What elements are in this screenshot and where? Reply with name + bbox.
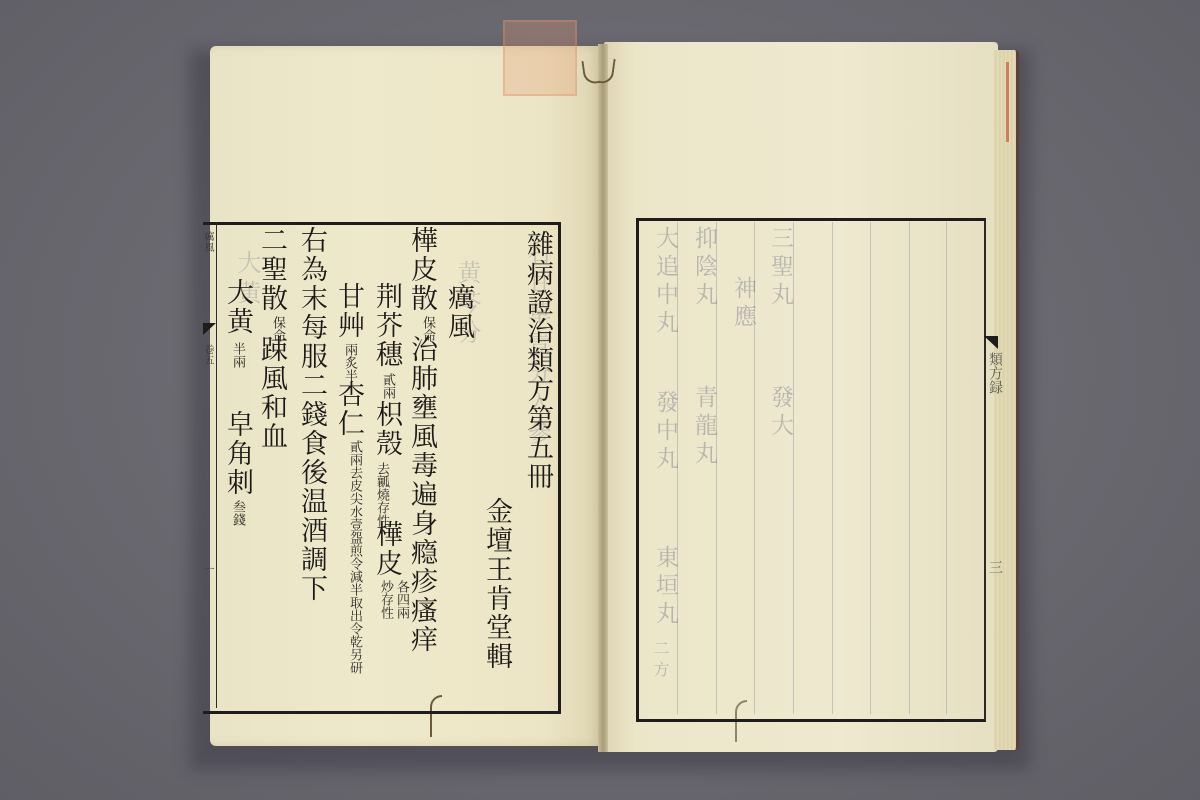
fold-label-topic: 癘風 [203, 232, 216, 254]
herb-preparation-note: 貳兩去皮尖水壹盌煎令減半取出令乾另研 [332, 440, 362, 700]
herb-name: 杏仁 [333, 380, 363, 438]
show-through-text: 發中丸 [649, 390, 682, 474]
show-through-text: 抑陰丸 [688, 226, 721, 310]
show-through-text: 青龍丸 [688, 385, 721, 469]
formula-name: 二聖散 [256, 226, 286, 313]
fold-label-right: 類方録 [985, 352, 1005, 394]
fish-tail-mark-right [984, 336, 998, 349]
column-rule [909, 222, 910, 714]
herb-dose: 貳兩 [380, 373, 394, 399]
herb-note: 去瓤燒存性 [374, 462, 388, 527]
herb-dose: 各四兩 [394, 580, 408, 619]
herb-note: 炒存性 [378, 580, 392, 619]
formula-indication: 治肺壅風毒遍身瘾疹瘙痒 [406, 335, 436, 654]
book-title: 雜病證治類方第五冊 [522, 230, 552, 491]
column-rule [946, 222, 947, 714]
show-through-text: 大追中丸 [649, 226, 682, 338]
fish-tail-mark-left [203, 323, 216, 335]
herb-name: 皁角刺 [222, 410, 252, 497]
show-through-text: 發大 [764, 385, 797, 441]
herb-name: 大黄 [222, 278, 252, 336]
formula-indication: 踈風和血 [256, 335, 286, 451]
column-rule [832, 222, 833, 714]
fold-page-mark: 一 [203, 565, 216, 576]
book-fore-edge [994, 50, 1019, 750]
formula-name: 樺皮散 [406, 226, 436, 313]
seal-stamp [503, 20, 577, 96]
herb-dose: 兩炙半 [342, 343, 356, 382]
herb-dose: 叁錢 [230, 500, 244, 526]
compiler-credit: 金壇王肯堂輯 [481, 497, 511, 671]
herb-name: 枳殼 [371, 400, 401, 458]
preparation-instructions: 右為末每服二錢食後温酒調下 [296, 226, 326, 603]
herb-name: 樺皮 [371, 520, 401, 578]
fold-page-mark-right: 三 [985, 560, 1005, 574]
show-through-text: 東垣丸 [649, 545, 682, 629]
book-gutter [598, 44, 608, 752]
fold-column-left [203, 222, 217, 708]
herb-dose: 半兩 [230, 342, 244, 368]
herb-name: 荆芥穗 [371, 282, 401, 369]
fold-label-volume: 卷五 [203, 345, 216, 367]
show-through-text: 二方 [649, 640, 672, 682]
show-through-text: 三聖丸 [764, 226, 797, 310]
show-through-text: 神應 [727, 276, 760, 332]
herb-name: 甘艸 [333, 282, 363, 340]
red-edge-mark [1006, 62, 1009, 142]
section-heading: 癘風 [443, 283, 473, 341]
column-rule [870, 222, 871, 714]
